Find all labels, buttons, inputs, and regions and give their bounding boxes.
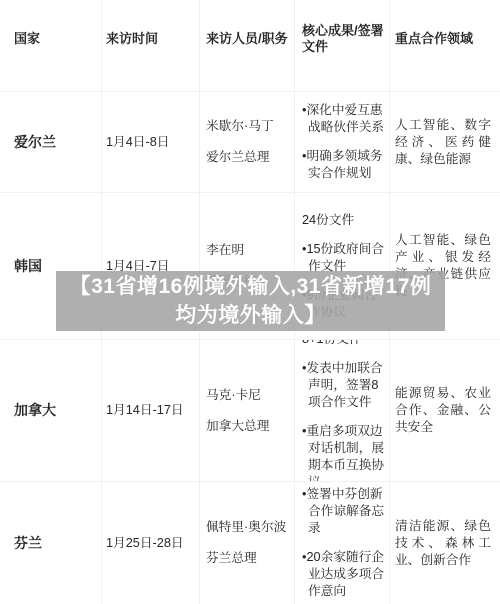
country-name: 芬兰 (14, 535, 97, 552)
header-results-label: 核心成果/签署文件 (302, 23, 387, 55)
results-cell: •深化中爱互惠战略伙伴关系•明确多领域务实合作规划 (295, 92, 390, 192)
result-item: •明确多领域务实合作规划 (302, 148, 387, 182)
visitor-name: 李在明 (206, 242, 291, 259)
header-areas: 重点合作领域 (390, 0, 500, 91)
results-cell: •签署中芬创新合作谅解备忘录•20余家随行企业达成多项合作意向 (295, 482, 390, 604)
areas-cell: 能源贸易、农业合作、金融、公共安全 (390, 340, 500, 481)
visit-time: 1月25日-28日 (106, 535, 195, 552)
table-header-row: 国家 来访时间 来访人员/职务 核心成果/签署文件 重点合作领域 (0, 0, 500, 92)
cooperation-areas: 清洁能源、绿色技术、森林工业、创新合作 (395, 518, 491, 569)
screenshot-root: 国家 来访时间 来访人员/职务 核心成果/签署文件 重点合作领域 爱尔兰1月4日… (0, 0, 500, 604)
visitor-name: 米歇尔·马丁 (206, 118, 291, 135)
visitor-name: 马克·卡尼 (206, 387, 291, 404)
table-body: 爱尔兰1月4日-8日米歇尔·马丁爱尔兰总理•深化中爱互惠战略伙伴关系•明确多领域… (0, 92, 500, 604)
header-visit-time-label: 来访时间 (106, 31, 195, 47)
country-name: 加拿大 (14, 402, 97, 419)
visitor-cell: 佩特里·奥尔波芬兰总理 (200, 482, 295, 604)
visit-time: 1月14日-17日 (106, 402, 195, 419)
visitor-cell: 马克·卡尼加拿大总理 (200, 340, 295, 481)
table-row: 加拿大1月14日-17日马克·卡尼加拿大总理8+1份文件•发表中加联合声明，签署… (0, 340, 500, 482)
result-item: •发表中加联合声明，签署8项合作文件 (302, 360, 387, 411)
visit-time-cell: 1月25日-28日 (102, 482, 200, 604)
visitor-cell: 米歇尔·马丁爱尔兰总理 (200, 92, 295, 192)
news-banner-overlay: 【31省增16例境外输入,31省新增17例 均为境外输入】 (56, 271, 445, 331)
results-cell: 8+1份文件•发表中加联合声明，签署8项合作文件•重启多项双边对话机制，展期本币… (295, 340, 390, 481)
result-item: •15份政府间合作文件 (302, 241, 387, 275)
result-item: 24份文件 (302, 212, 387, 229)
country-cell: 芬兰 (0, 482, 102, 604)
country-name: 爱尔兰 (14, 134, 97, 151)
areas-cell: 人工智能、数字经济、医药健康、绿色能源 (390, 92, 500, 192)
result-item: •重启多项双边对话机制，展期本币互换协议 (302, 423, 387, 482)
result-item: •签署中芬创新合作谅解备忘录 (302, 486, 387, 537)
country-cell: 加拿大 (0, 340, 102, 481)
news-banner-line2: 均为境外输入】 (56, 301, 445, 330)
header-results: 核心成果/签署文件 (295, 0, 390, 91)
visit-time-cell: 1月4日-8日 (102, 92, 200, 192)
header-country-label: 国家 (14, 31, 97, 47)
result-item: 8+1份文件 (302, 340, 387, 348)
visitor-title: 爱尔兰总理 (206, 149, 291, 166)
header-country: 国家 (0, 0, 102, 91)
news-banner-line1: 【31省增16例境外输入,31省新增17例 (56, 272, 445, 301)
table-row: 爱尔兰1月4日-8日米歇尔·马丁爱尔兰总理•深化中爱互惠战略伙伴关系•明确多领域… (0, 92, 500, 193)
visitor-title: 加拿大总理 (206, 418, 291, 435)
visitor-title: 芬兰总理 (206, 550, 291, 567)
visitor-name: 佩特里·奥尔波 (206, 519, 291, 536)
visit-time-cell: 1月14日-17日 (102, 340, 200, 481)
header-areas-label: 重点合作领域 (395, 31, 491, 47)
header-visit-time: 来访时间 (102, 0, 200, 91)
table-row: 芬兰1月25日-28日佩特里·奥尔波芬兰总理•签署中芬创新合作谅解备忘录•20余… (0, 482, 500, 604)
header-visitor-label: 来访人员/职务 (206, 31, 291, 47)
areas-cell: 清洁能源、绿色技术、森林工业、创新合作 (390, 482, 500, 604)
header-visitor: 来访人员/职务 (200, 0, 295, 91)
country-cell: 爱尔兰 (0, 92, 102, 192)
result-item: •深化中爱互惠战略伙伴关系 (302, 102, 387, 136)
cooperation-areas: 能源贸易、农业合作、金融、公共安全 (395, 385, 491, 436)
result-item: •20余家随行企业达成多项合作意向 (302, 549, 387, 600)
cooperation-areas: 人工智能、数字经济、医药健康、绿色能源 (395, 117, 491, 168)
visit-time: 1月4日-8日 (106, 134, 195, 151)
